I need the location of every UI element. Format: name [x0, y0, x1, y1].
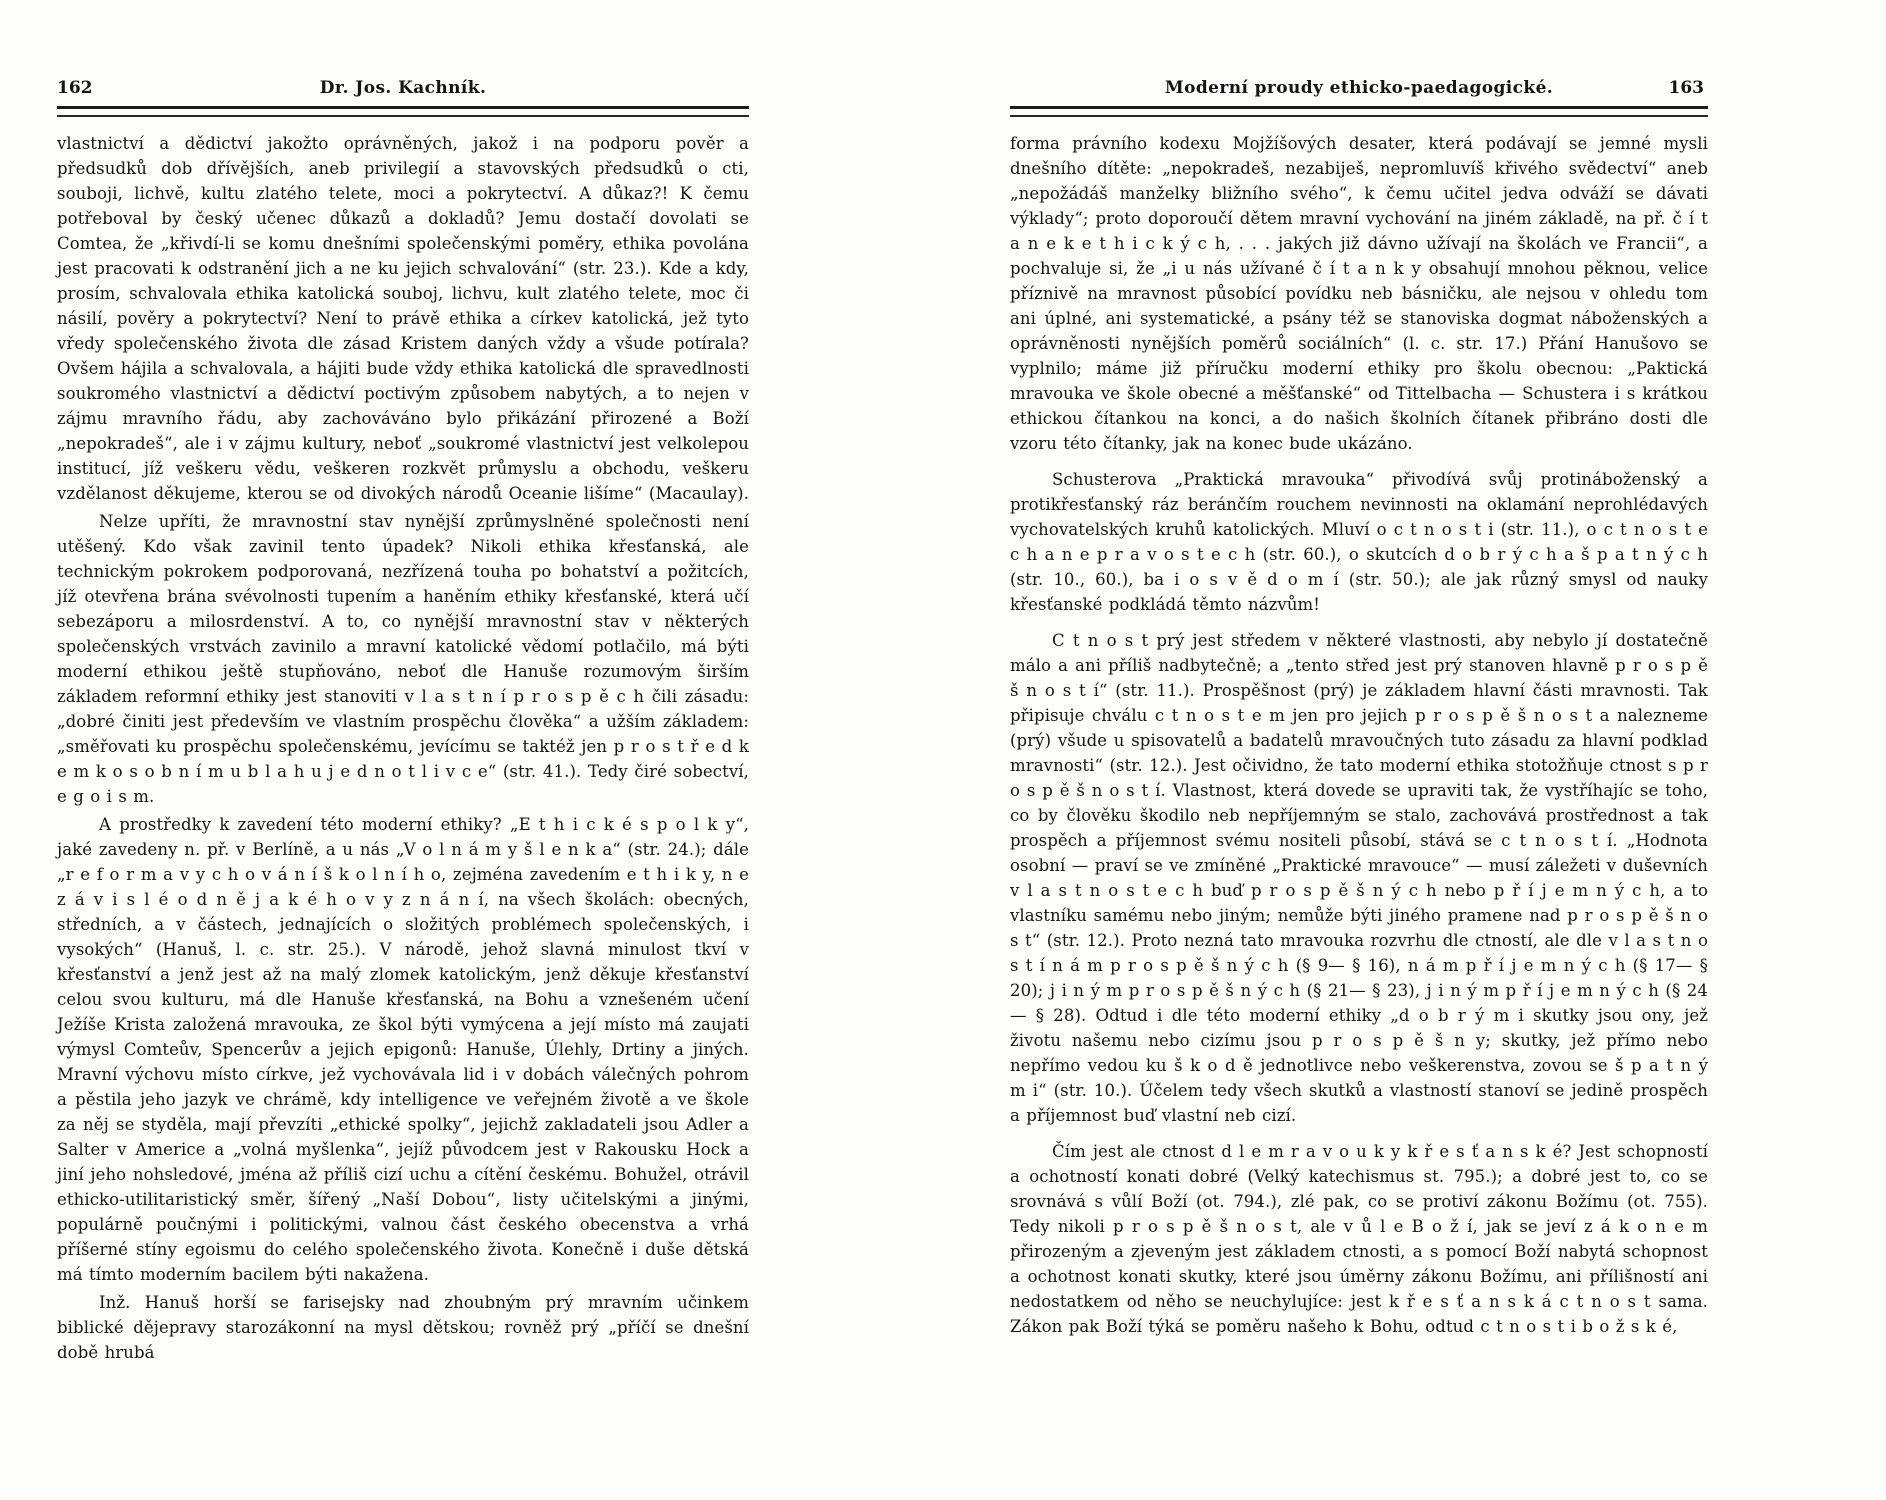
- page-left-header: 162 Dr. Jos. Kachník.: [57, 78, 749, 106]
- text-column-right: forma právního kodexu Mojžíšových desate…: [1010, 131, 1708, 1339]
- page-number-right: 163: [1669, 78, 1705, 98]
- page-right-header: Moderní proudy ethicko-paedagogické. 163: [1010, 78, 1708, 106]
- running-title-right: Moderní proudy ethicko-paedagogické.: [1010, 78, 1708, 98]
- running-title-left: Dr. Jos. Kachník.: [57, 78, 749, 98]
- scanned-book-spread: { "left_page": { "header": { "page_numbe…: [0, 0, 1886, 1500]
- paragraph: vlastnictví a dědictví jakožto oprávněný…: [57, 131, 749, 506]
- paragraph: Inž. Hanuš horší se farisejsky nad zhoub…: [57, 1290, 749, 1365]
- header-rule-right: [1010, 106, 1708, 117]
- page-right: Moderní proudy ethicko-paedagogické. 163…: [1010, 78, 1708, 1339]
- paragraph: forma právního kodexu Mojžíšových desate…: [1010, 131, 1708, 456]
- paragraph: A prostředky k zavedení této moderní eth…: [57, 812, 749, 1287]
- paragraph: Nelze upříti, že mravnostní stav nynější…: [57, 509, 749, 809]
- page-left: 162 Dr. Jos. Kachník. vlastnictví a dědi…: [57, 78, 749, 1365]
- book-spread: 162 Dr. Jos. Kachník. vlastnictví a dědi…: [0, 0, 1886, 1500]
- paragraph: Schusterova „Praktická mravouka“ přivodí…: [1010, 467, 1708, 617]
- text-column-left: vlastnictví a dědictví jakožto oprávněný…: [57, 131, 749, 1365]
- paragraph: Čím jest ale ctnost d l e m r a v o u k …: [1010, 1139, 1708, 1339]
- header-rule-left: [57, 106, 749, 117]
- paragraph: C t n o s t prý jest středem v některé v…: [1010, 628, 1708, 1128]
